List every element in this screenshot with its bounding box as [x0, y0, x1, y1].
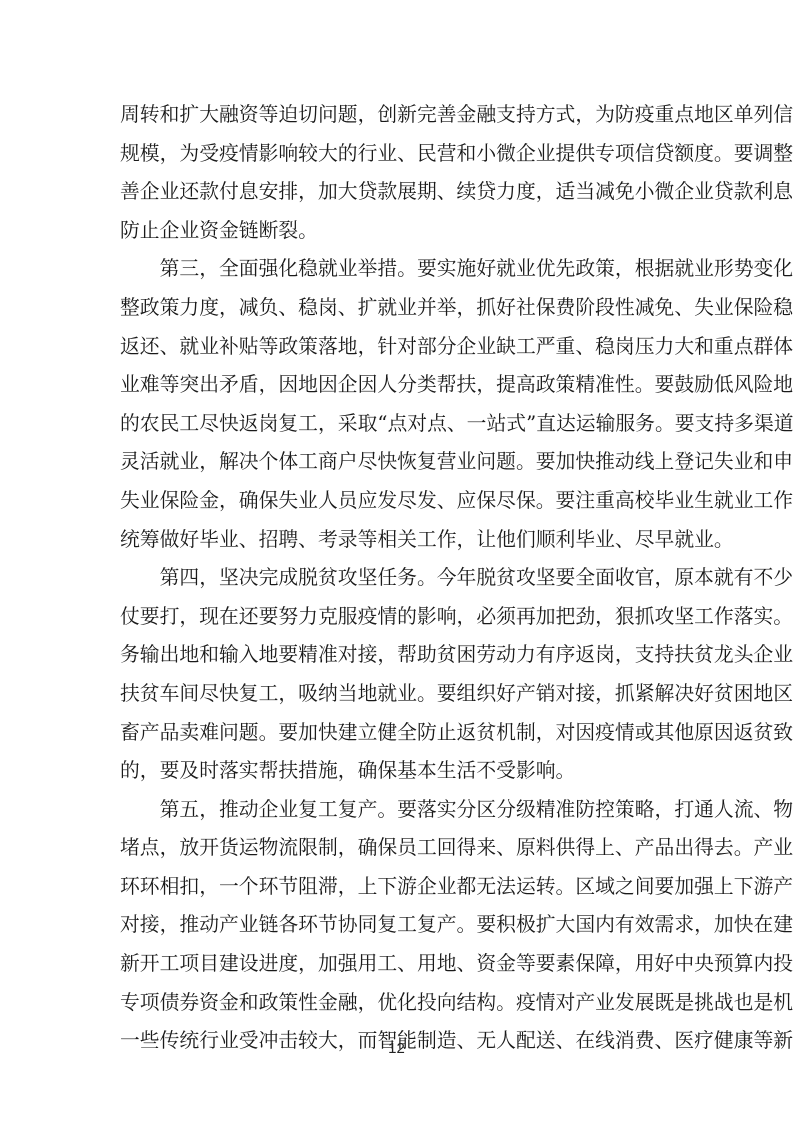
text-line: 业难等突出矛盾，因地因企因人分类帮扶，提高政策精准性。要鼓励低风险地区 — [120, 366, 676, 405]
body-text: 周转和扩大融资等迫切问题，创新完善金融支持方式，为防疫重点地区单列信贷规模，为受… — [120, 96, 676, 1061]
text-line: 的，要及时落实帮扶措施，确保基本生活不受影响。 — [120, 752, 676, 791]
paragraph-p-fourth-poverty: 第四，坚决完成脱贫攻坚任务。今年脱贫攻坚要全面收官，原本就有不少硬仗要打，现在还… — [120, 559, 676, 791]
text-line: 第四，坚决完成脱贫攻坚任务。今年脱贫攻坚要全面收官，原本就有不少硬 — [120, 559, 676, 598]
text-line: 防止企业资金链断裂。 — [120, 212, 676, 251]
text-line: 环环相扣，一个环节阻滞，上下游企业都无法运转。区域之间要加强上下游产销 — [120, 868, 676, 907]
text-line: 善企业还款付息安排，加大贷款展期、续贷力度，适当减免小微企业贷款利息， — [120, 173, 676, 212]
text-line: 务输出地和输入地要精准对接，帮助贫困劳动力有序返岗，支持扶贫龙头企业、 — [120, 636, 676, 675]
text-line: 整政策力度，减负、稳岗、扩就业并举，抓好社保费阶段性减免、失业保险稳岗 — [120, 289, 676, 328]
text-line: 第三，全面强化稳就业举措。要实施好就业优先政策，根据就业形势变化调 — [120, 250, 676, 289]
text-line: 的农民工尽快返岗复工，采取“点对点、一站式”直达运输服务。要支持多渠道 — [120, 405, 676, 444]
text-line: 仗要打，现在还要努力克服疫情的影响，必须再加把劲，狠抓攻坚工作落实。劳 — [120, 598, 676, 637]
text-line: 专项债券资金和政策性金融，优化投向结构。疫情对产业发展既是挑战也是机遇。 — [120, 984, 676, 1023]
paragraph-p-fifth-resumption: 第五，推动企业复工复产。要落实分区分级精准防控策略，打通人流、物流堵点，放开货运… — [120, 791, 676, 1061]
text-line: 畜产品卖难问题。要加快建立健全防止返贫机制，对因疫情或其他原因返贫致贫 — [120, 714, 676, 753]
text-line: 灵活就业，解决个体工商户尽快恢复营业问题。要加快推动线上登记失业和申领 — [120, 443, 676, 482]
text-line: 周转和扩大融资等迫切问题，创新完善金融支持方式，为防疫重点地区单列信贷 — [120, 96, 676, 135]
text-line: 扶贫车间尽快复工，吸纳当地就业。要组织好产销对接，抓紧解决好贫困地区农 — [120, 675, 676, 714]
text-line: 堵点，放开货运物流限制，确保员工回得来、原料供得上、产品出得去。产业链 — [120, 829, 676, 868]
text-line: 第五，推动企业复工复产。要落实分区分级精准防控策略，打通人流、物流 — [120, 791, 676, 830]
paragraph-p-third-employment: 第三，全面强化稳就业举措。要实施好就业优先政策，根据就业形势变化调整政策力度，减… — [120, 250, 676, 559]
text-line: 统筹做好毕业、招聘、考录等相关工作，让他们顺利毕业、尽早就业。 — [120, 521, 676, 560]
text-line: 返还、就业补贴等政策落地，针对部分企业缺工严重、稳岗压力大和重点群体就 — [120, 328, 676, 367]
page-number: 12 — [0, 1040, 793, 1057]
document-page: 周转和扩大融资等迫切问题，创新完善金融支持方式，为防疫重点地区单列信贷规模，为受… — [0, 0, 793, 1122]
text-line: 对接，推动产业链各环节协同复工复产。要积极扩大国内有效需求，加快在建和 — [120, 906, 676, 945]
text-line: 失业保险金，确保失业人员应发尽发、应保尽保。要注重高校毕业生就业工作， — [120, 482, 676, 521]
paragraph-p-finance-cont: 周转和扩大融资等迫切问题，创新完善金融支持方式，为防疫重点地区单列信贷规模，为受… — [120, 96, 676, 250]
text-line: 新开工项目建设进度，加强用工、用地、资金等要素保障，用好中央预算内投资、 — [120, 945, 676, 984]
text-line: 规模，为受疫情影响较大的行业、民营和小微企业提供专项信贷额度。要调整完 — [120, 135, 676, 174]
